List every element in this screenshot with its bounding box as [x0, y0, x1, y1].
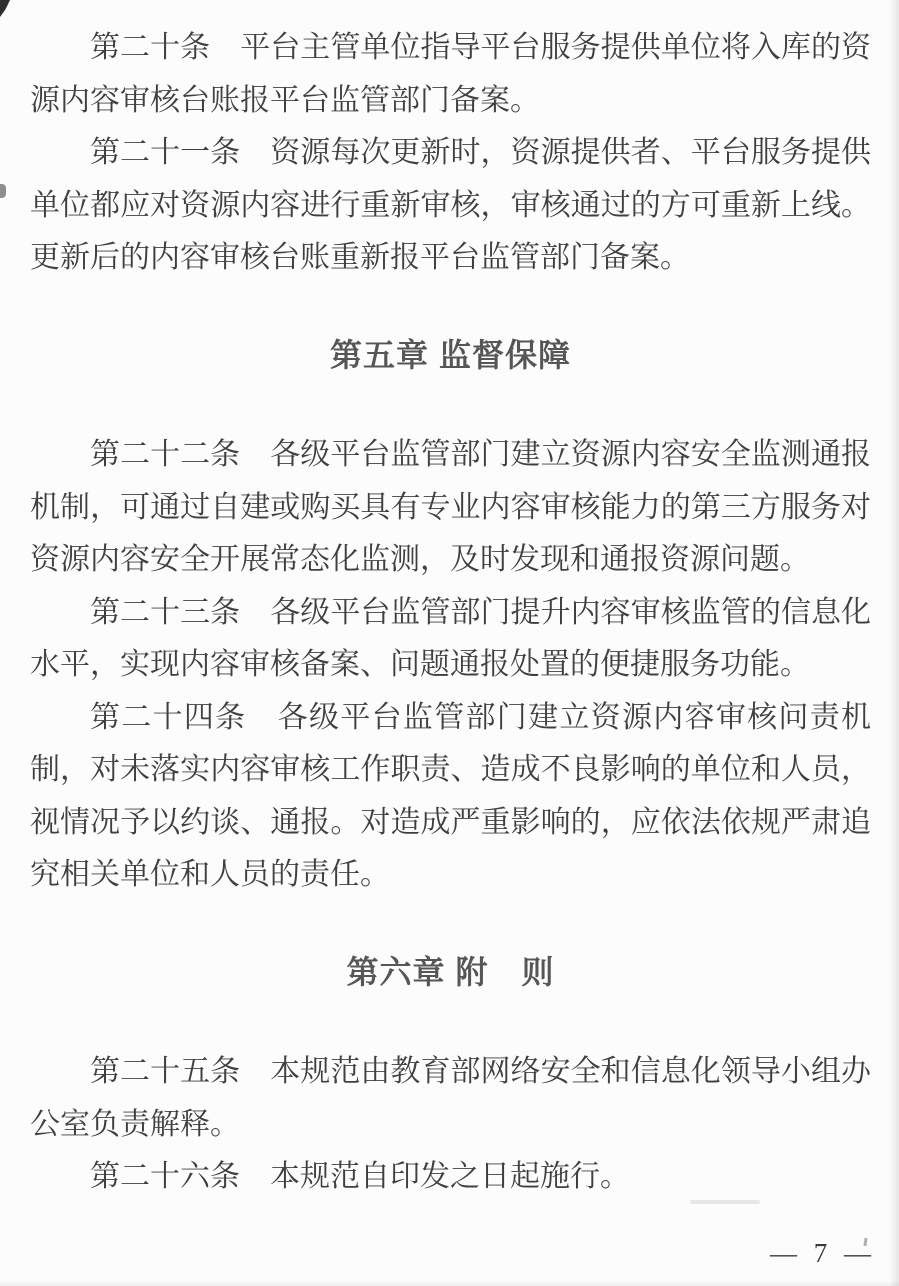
article-22-paragraph: 第二十二条 各级平台监管部门建立资源内容安全监测通报机制，可通过自建或购买具有专… [30, 429, 871, 587]
article-21-paragraph: 第二十一条 资源每次更新时，资源提供者、平台服务提供单位都应对资源内容进行重新审… [30, 127, 871, 285]
chapter-5-heading: 第五章 监督保障 [30, 329, 871, 382]
article-24-paragraph: 第二十四条 各级平台监管部门建立资源内容审核问责机制，对未落实内容审核工作职责、… [30, 692, 871, 902]
article-23-paragraph: 第二十三条 各级平台监管部门提升内容审核监管的信息化水平，实现内容审核备案、问题… [30, 587, 871, 692]
document-body: 第二十条 平台主管单位指导平台服务提供单位将入库的资源内容审核台账报平台监管部门… [0, 0, 899, 1204]
scan-artifact-left-edge-speck [0, 184, 6, 198]
article-20-paragraph: 第二十条 平台主管单位指导平台服务提供单位将入库的资源内容审核台账报平台监管部门… [30, 22, 871, 127]
article-26-paragraph: 第二十六条 本规范自印发之日起施行。 [30, 1151, 871, 1204]
scan-bottom-edge-shadow [0, 1280, 899, 1286]
scanned-document-page: 第二十条 平台主管单位指导平台服务提供单位将入库的资源内容审核台账报平台监管部门… [0, 0, 899, 1286]
page-number: — 7 — [770, 1238, 873, 1269]
article-25-paragraph: 第二十五条 本规范由教育部网络安全和信息化领导小组办公室负责解释。 [30, 1046, 871, 1151]
scan-artifact-smudge [690, 1200, 760, 1204]
chapter-6-heading: 第六章 附 则 [30, 946, 871, 999]
